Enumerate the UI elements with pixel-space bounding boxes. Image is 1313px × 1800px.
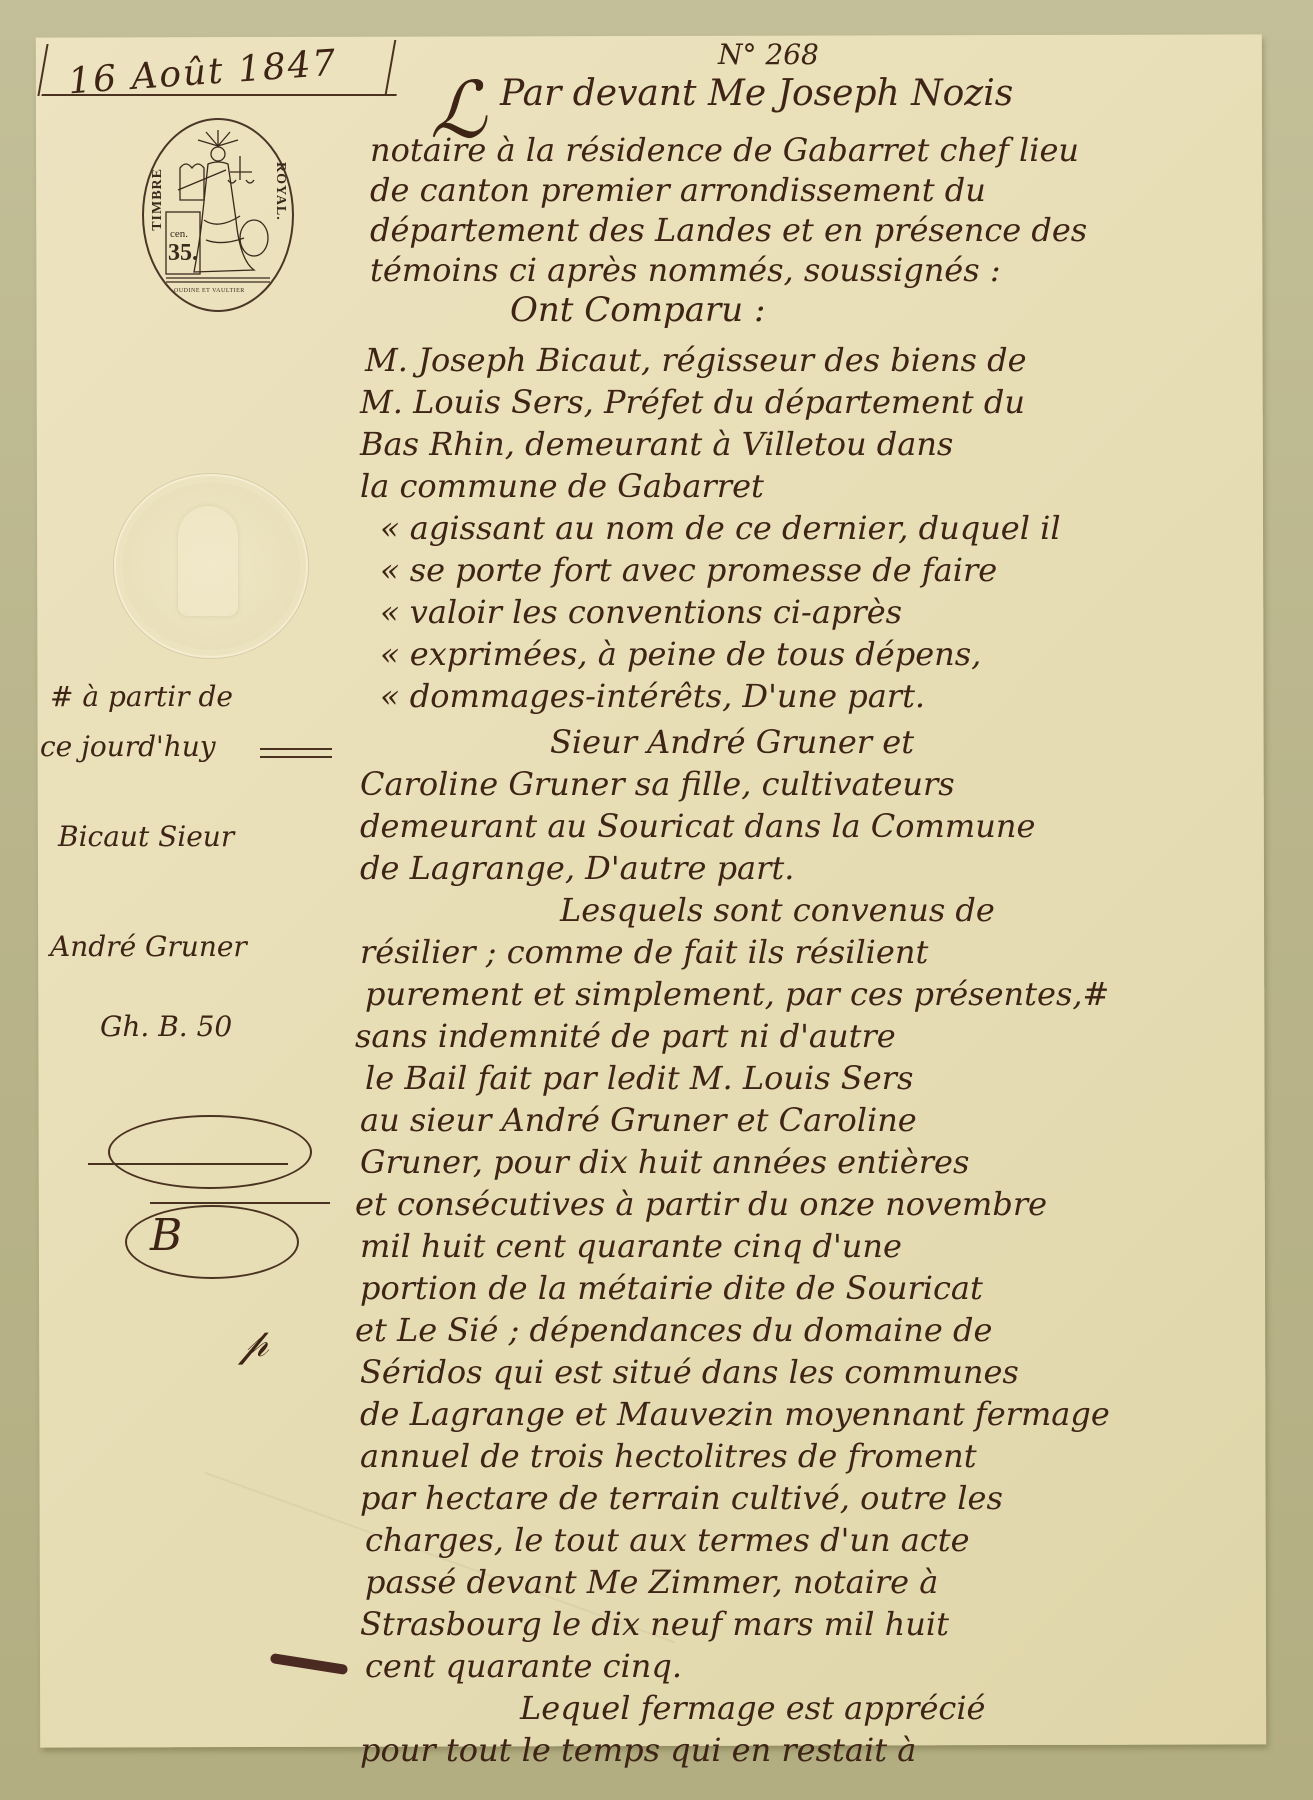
- registration-fee: Gh. B. 50: [100, 1010, 232, 1043]
- body-line: « exprimées, à peine de tous dépens,: [380, 634, 981, 674]
- paraph-flourish-icon: [108, 1115, 312, 1189]
- embossed-figure: [178, 506, 238, 616]
- body-line: résilier ; comme de fait ils résilient: [360, 932, 928, 972]
- body-line: et consécutives à partir du onze novembr…: [355, 1184, 1047, 1224]
- body-line: de canton premier arrondissement du: [370, 170, 986, 210]
- body-line: Par devant Me Joseph Nozis: [500, 74, 1013, 114]
- body-line: purement et simplement, par ces présente…: [365, 974, 1109, 1014]
- body-line: Caroline Gruner sa fille, cultivateurs: [360, 764, 955, 804]
- body-line: notaire à la résidence de Gabarret chef …: [370, 130, 1079, 170]
- stamp-unit: cen.: [170, 228, 188, 240]
- final-paraph-icon: 𝓅: [240, 1320, 269, 1366]
- body-line: Strasbourg le dix neuf mars mil huit: [360, 1604, 949, 1644]
- margin-note-addition: ce jourd'huy: [40, 730, 216, 763]
- body-line: passé devant Me Zimmer, notaire à: [365, 1562, 938, 1602]
- body-line: Bas Rhin, demeurant à Villetou dans: [360, 424, 953, 464]
- body-line: « valoir les conventions ci-après: [380, 592, 902, 632]
- body-line: pour tout le temps qui en restait à: [360, 1730, 916, 1770]
- body-line: M. Louis Sers, Préfet du département du: [360, 382, 1025, 422]
- body-line: au sieur André Gruner et Caroline: [360, 1100, 917, 1140]
- body-line: et Le Sié ; dépendances du domaine de: [355, 1310, 992, 1350]
- body-line: Gruner, pour dix huit années entières: [360, 1142, 969, 1182]
- body-line: Lesquels sont convenus de: [560, 890, 995, 930]
- body-line: Séridos qui est situé dans les communes: [360, 1352, 1019, 1392]
- body-line: charges, le tout aux termes d'un acte: [365, 1520, 970, 1560]
- margin-signature: Bicaut Sieur: [58, 820, 234, 853]
- stamp-maker: OUDINE ET VAULTIER: [174, 288, 245, 294]
- act-number: N° 268: [718, 38, 819, 71]
- justice-figure-icon: [144, 120, 292, 310]
- body-line: témoins ci après nommés, soussignés :: [370, 250, 1001, 290]
- stamp-right-text: ROYAL.: [272, 162, 288, 221]
- body-line: le Bail fait par ledit M. Louis Sers: [365, 1058, 913, 1098]
- body-line: « se porte fort avec promesse de faire: [380, 550, 997, 590]
- body-line: mil huit cent quarante cinq d'une: [360, 1226, 902, 1266]
- body-line: la commune de Gabarret: [360, 466, 764, 506]
- body-line: sans indemnité de part ni d'autre: [355, 1016, 896, 1056]
- margin-signature: André Gruner: [50, 930, 247, 963]
- body-line: « dommages-intérêts, D'une part.: [380, 676, 925, 716]
- body-line: M. Joseph Bicaut, régisseur des biens de: [365, 340, 1027, 380]
- stamp-value: 35.: [168, 240, 198, 267]
- body-line: cent quarante cinq.: [365, 1646, 682, 1686]
- body-line: par hectare de terrain cultivé, outre le…: [360, 1478, 1003, 1518]
- body-line: Sieur André Gruner et: [550, 722, 914, 762]
- stamp-left-text: TIMBRE: [150, 168, 166, 231]
- paraph-stroke: [88, 1163, 288, 1165]
- embossed-seal-icon: [114, 474, 308, 658]
- royal-tax-stamp: TIMBRE ROYAL. cen. 35. OUDINE ET VAULTIE…: [142, 118, 294, 312]
- double-rule: [260, 748, 332, 750]
- margin-note-addition: # à partir de: [50, 680, 233, 713]
- body-line: département des Landes et en présence de…: [370, 210, 1087, 250]
- section-heading: Ont Comparu :: [510, 290, 765, 330]
- paraph-stroke: [150, 1202, 330, 1204]
- body-line: de Lagrange, D'autre part.: [360, 848, 794, 888]
- body-line: annuel de trois hectolitres de froment: [360, 1436, 977, 1476]
- body-line: de Lagrange et Mauvezin moyennant fermag…: [360, 1394, 1110, 1434]
- body-line: demeurant au Souricat dans la Commune: [360, 806, 1035, 846]
- body-line: portion de la métairie dite de Souricat: [360, 1268, 983, 1308]
- double-rule: [260, 756, 332, 758]
- body-line: « agissant au nom de ce dernier, duquel …: [380, 508, 1061, 548]
- body-line: Lequel fermage est apprécié: [520, 1688, 985, 1728]
- paraph-initial: B: [150, 1210, 182, 1261]
